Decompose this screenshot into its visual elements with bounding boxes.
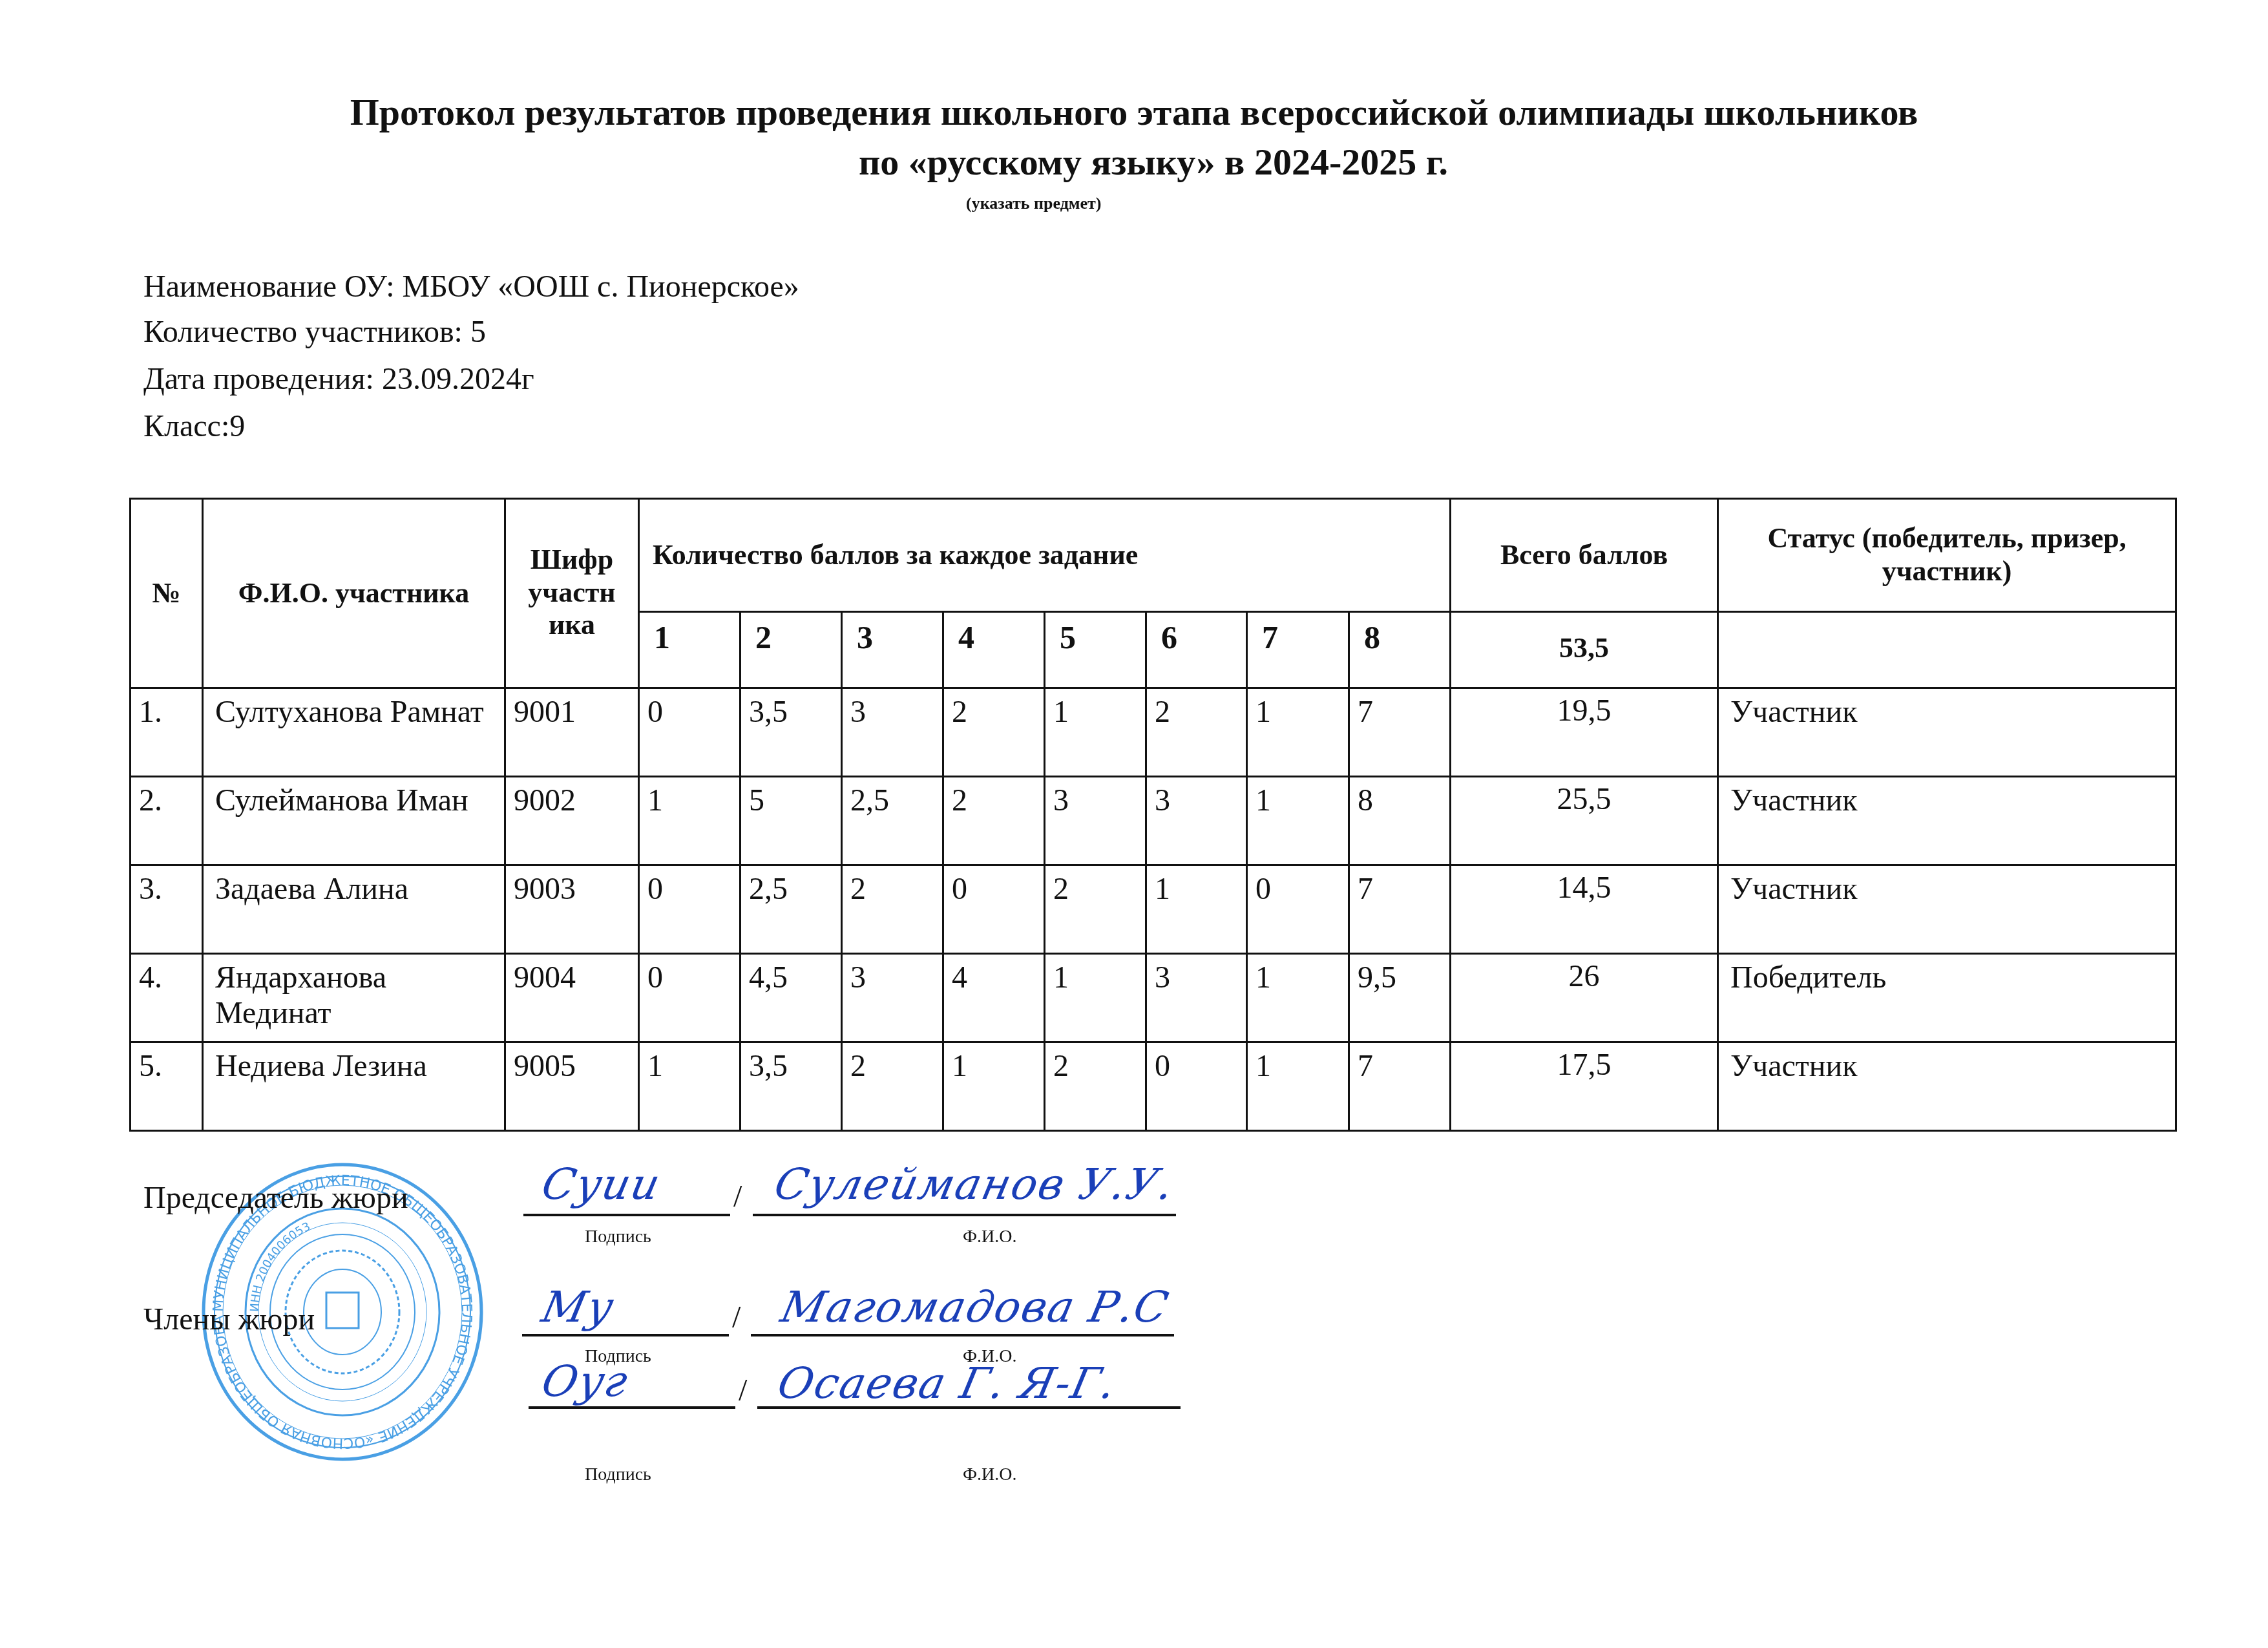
task-score: 7	[1349, 1042, 1451, 1131]
task-score: 0	[1247, 865, 1349, 954]
task-score: 1	[1247, 954, 1349, 1042]
total-score: 25,5	[1451, 777, 1718, 865]
table-body: 1.Султуханова Рамнат900103,532121719,5Уч…	[131, 688, 2176, 1131]
task-score: 3,5	[740, 1042, 842, 1131]
task-score: 3	[1146, 954, 1247, 1042]
task-score: 9,5	[1349, 954, 1451, 1042]
signature-caption: Подпись	[585, 1466, 651, 1484]
task-score: 1	[1247, 1042, 1349, 1131]
participant-code: 9005	[505, 1042, 639, 1131]
name-caption: Ф.И.О.	[963, 1466, 1017, 1484]
task-score: 0	[943, 865, 1045, 954]
task-score: 2	[1045, 865, 1146, 954]
exam-date: Дата проведения: 23.09.2024г	[143, 364, 534, 395]
task-score: 3	[1045, 777, 1146, 865]
member1-name: Магомадова Р.С	[777, 1286, 1173, 1329]
header-status: Статус (победитель, призер, участник)	[1718, 499, 2176, 612]
header-number: №	[131, 499, 203, 688]
total-score: 19,5	[1451, 688, 1718, 777]
total-score: 17,5	[1451, 1042, 1718, 1131]
task-number: 5	[1045, 612, 1146, 688]
member1-signature-line	[522, 1334, 729, 1336]
separator: /	[739, 1375, 747, 1406]
chair-signature-line	[523, 1214, 730, 1216]
table-row: 3.Задаева Алина900302,520210714,5Участни…	[131, 865, 2176, 954]
row-number: 5.	[131, 1042, 203, 1131]
task-score: 2	[943, 777, 1045, 865]
task-number: 1	[639, 612, 740, 688]
header-name: Ф.И.О. участника	[203, 499, 505, 688]
task-score: 4	[943, 954, 1045, 1042]
task-score: 8	[1349, 777, 1451, 865]
document-subtitle: по «русскому языку» в 2024-2025 г.	[19, 143, 2268, 181]
header-total: Всего баллов	[1451, 499, 1718, 612]
row-number: 3.	[131, 865, 203, 954]
task-score: 5	[740, 777, 842, 865]
task-score: 1	[1045, 688, 1146, 777]
members-label: Члены жюри	[143, 1304, 315, 1335]
separator: /	[733, 1181, 742, 1212]
task-score: 1	[639, 1042, 740, 1131]
participant-name: Недиева Лезина	[203, 1042, 505, 1131]
table-row: 5.Недиева Лезина900513,521201717,5Участн…	[131, 1042, 2176, 1131]
participant-code: 9004	[505, 954, 639, 1042]
task-number: 6	[1146, 612, 1247, 688]
signature-caption: Подпись	[585, 1228, 651, 1246]
member2-signature: Оуг	[538, 1360, 633, 1403]
task-score: 4,5	[740, 954, 842, 1042]
participant-name: Яндарханова Мединат	[203, 954, 505, 1042]
task-score: 1	[1045, 954, 1146, 1042]
task-number: 3	[842, 612, 943, 688]
task-score: 2	[943, 688, 1045, 777]
member1-signature: Му	[538, 1286, 618, 1329]
task-number: 8	[1349, 612, 1451, 688]
task-score: 0	[639, 688, 740, 777]
participant-code: 9002	[505, 777, 639, 865]
results-table: № Ф.И.О. участника Шифр участн ика Колич…	[129, 498, 2177, 1132]
participant-name: Султуханова Рамнат	[203, 688, 505, 777]
member1-name-line	[751, 1334, 1174, 1336]
table-row: 4.Яндарханова Мединат900404,5341319,526П…	[131, 954, 2176, 1042]
status-badge: Участник	[1718, 1042, 2176, 1131]
chair-name: Сулейманов У.У.	[771, 1163, 1178, 1206]
total-score: 26	[1451, 954, 1718, 1042]
task-score: 1	[639, 777, 740, 865]
status-badge: Участник	[1718, 865, 2176, 954]
task-score: 0	[639, 954, 740, 1042]
chair-signature: Суии	[538, 1163, 665, 1206]
task-score: 2	[842, 1042, 943, 1131]
status-badge: Участник	[1718, 777, 2176, 865]
status-blank	[1718, 612, 2176, 688]
max-total-score: 53,5	[1451, 612, 1718, 688]
school-name: Наименование ОУ: МБОУ «ООШ с. Пионерское…	[143, 271, 799, 302]
row-number: 4.	[131, 954, 203, 1042]
task-score: 3,5	[740, 688, 842, 777]
task-score: 2	[1146, 688, 1247, 777]
participants-count: Количество участников: 5	[143, 317, 486, 348]
task-score: 3	[842, 954, 943, 1042]
task-number: 7	[1247, 612, 1349, 688]
task-score: 2	[842, 865, 943, 954]
subject-hint: (указать предмет)	[966, 194, 1102, 213]
row-number: 1.	[131, 688, 203, 777]
member2-signature-line	[529, 1406, 735, 1409]
grade: Класс:9	[143, 411, 245, 442]
member2-name-line	[757, 1406, 1181, 1409]
participant-code: 9003	[505, 865, 639, 954]
participant-code: 9001	[505, 688, 639, 777]
row-number: 2.	[131, 777, 203, 865]
task-number: 2	[740, 612, 842, 688]
chair-label: Председатель жюри	[143, 1183, 408, 1214]
table-row: 2.Сулейманова Иман9002152,52331825,5Учас…	[131, 777, 2176, 865]
document-title: Протокол результатов проведения школьног…	[0, 94, 2268, 131]
member2-name: Осаева Г. Я-Г.	[774, 1362, 1120, 1405]
task-score: 3	[842, 688, 943, 777]
task-score: 0	[1146, 1042, 1247, 1131]
task-score: 1	[943, 1042, 1045, 1131]
participant-name: Сулейманова Иман	[203, 777, 505, 865]
name-caption: Ф.И.О.	[963, 1228, 1017, 1246]
task-score: 1	[1247, 688, 1349, 777]
task-score: 7	[1349, 865, 1451, 954]
status-badge: Участник	[1718, 688, 2176, 777]
task-number: 4	[943, 612, 1045, 688]
table-row: 1.Султуханова Рамнат900103,532121719,5Уч…	[131, 688, 2176, 777]
task-score: 0	[639, 865, 740, 954]
chair-name-line	[753, 1214, 1176, 1216]
total-score: 14,5	[1451, 865, 1718, 954]
header-tasks-group: Количество баллов за каждое задание	[639, 499, 1451, 612]
task-score: 7	[1349, 688, 1451, 777]
task-score: 3	[1146, 777, 1247, 865]
header-code: Шифр участн ика	[505, 499, 639, 688]
participant-name: Задаева Алина	[203, 865, 505, 954]
task-score: 2,5	[740, 865, 842, 954]
status-badge: Победитель	[1718, 954, 2176, 1042]
task-score: 1	[1146, 865, 1247, 954]
task-score: 1	[1247, 777, 1349, 865]
task-score: 2	[1045, 1042, 1146, 1131]
task-score: 2,5	[842, 777, 943, 865]
separator: /	[732, 1302, 740, 1333]
